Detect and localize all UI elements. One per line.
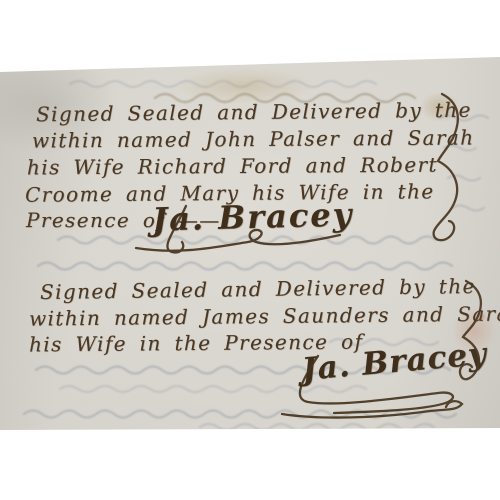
attestation-line: Signed Sealed and Delivered by the [36,98,472,127]
photo-vignette [0,0,500,500]
bleedthrough-writing [0,0,500,500]
screenshot-canvas: Signed Sealed and Delivered by the withi… [0,0,500,500]
manuscript-photo: Signed Sealed and Delivered by the withi… [0,0,500,500]
attestation-line: his Wife Richard Ford and Robert [27,153,438,180]
signature-flourish [282,401,462,417]
ink-flourishes [0,0,500,500]
attestation-line: within named John Palser and Sarah [32,125,475,152]
witness-signature: Ja. Bracey [152,195,354,238]
attestation-line: Signed Sealed and Delivered by the [40,274,476,304]
attestation-line: within named James Saunders and Sarah [29,301,500,330]
